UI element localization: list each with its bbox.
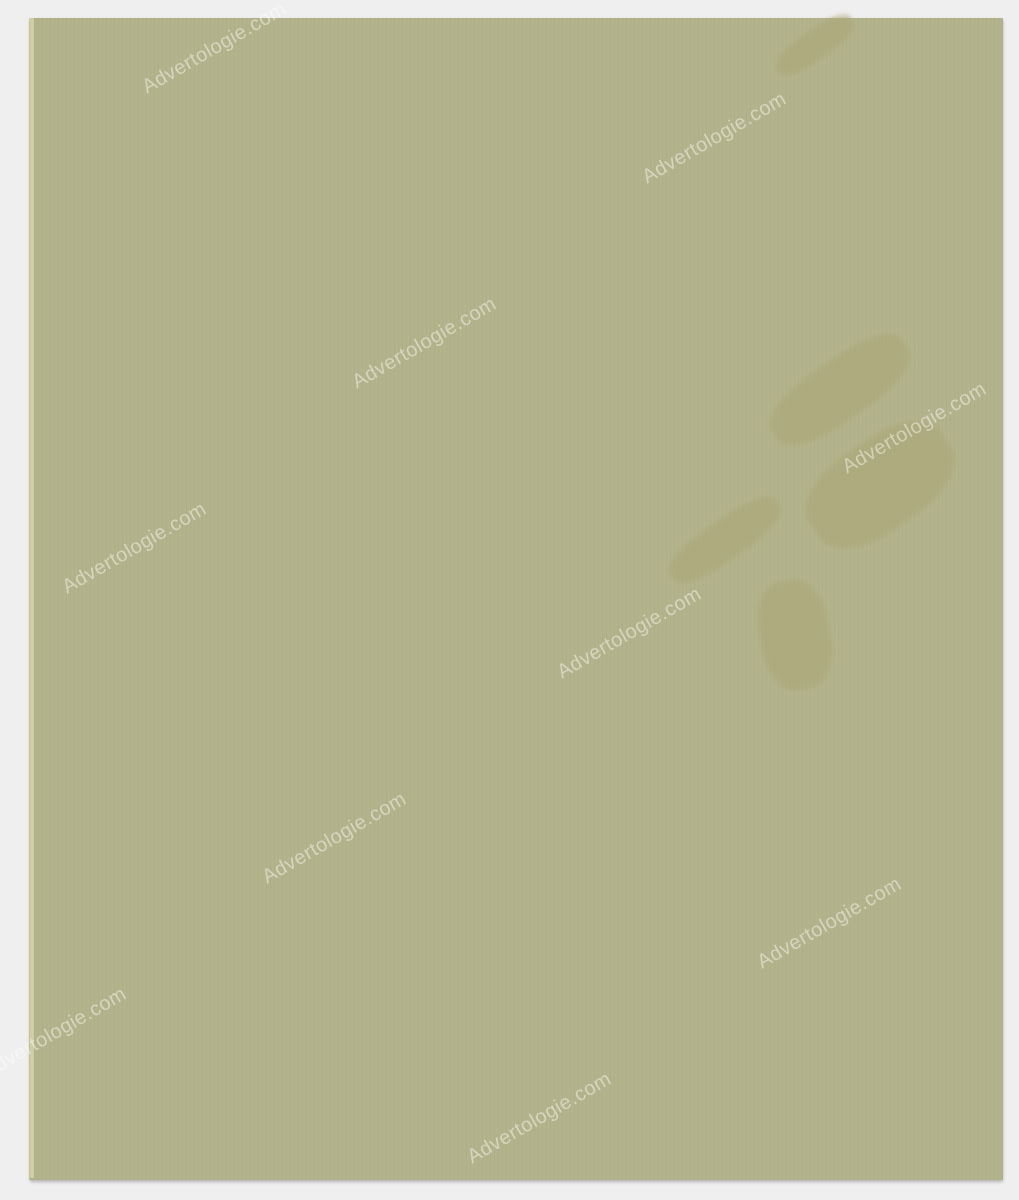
paper-edge [30,18,34,1178]
paper-cover [30,18,1003,1180]
